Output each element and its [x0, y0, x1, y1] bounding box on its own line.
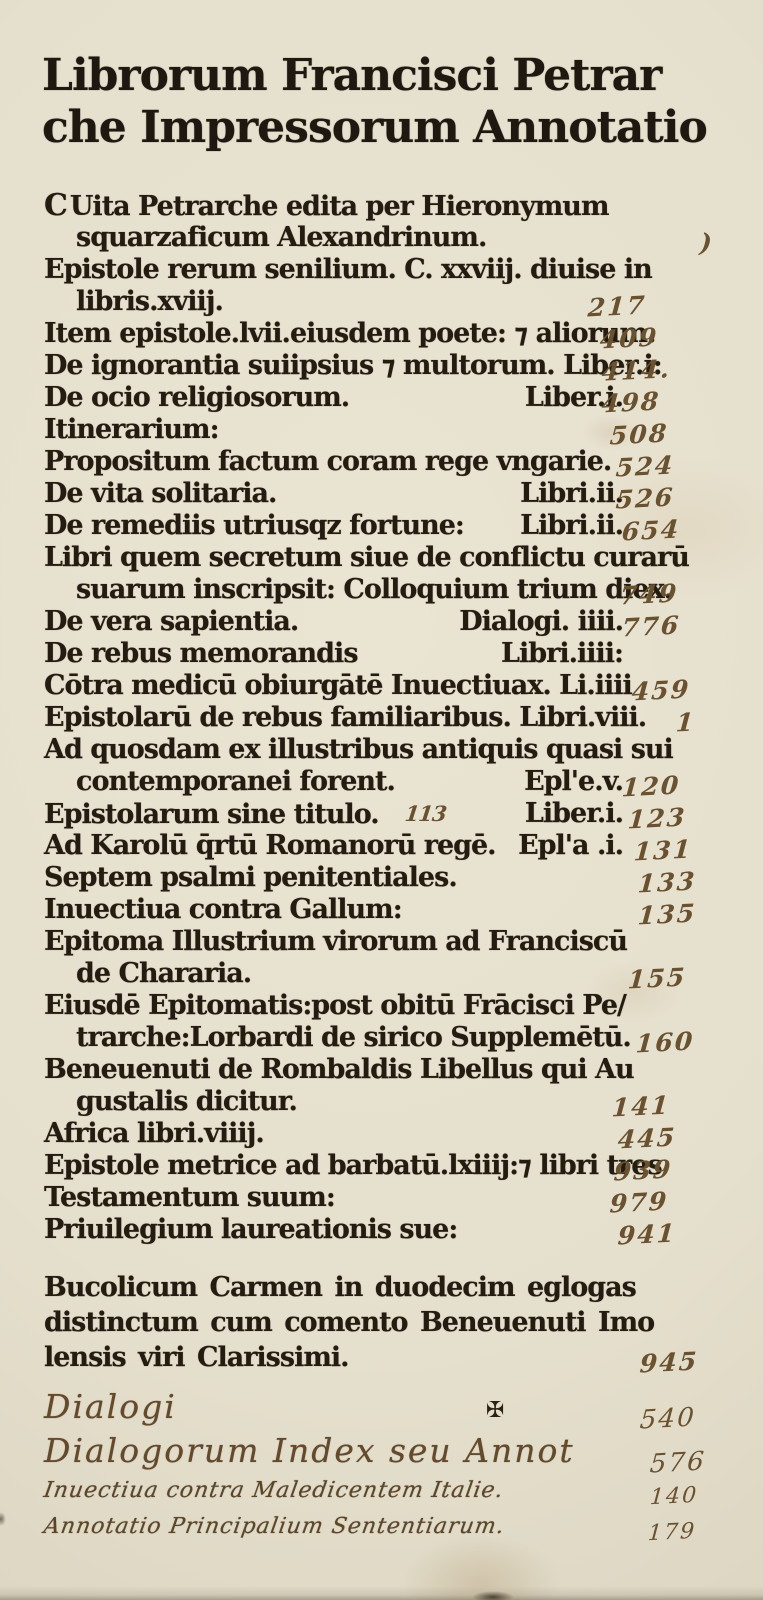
book-count-label: Epl'a .i. — [518, 830, 623, 862]
toc-line: Libri quem secretum siue de conflictu cu… — [44, 542, 763, 574]
page-title-line1: Librorum Francisci Petrar — [42, 50, 707, 102]
toc-line: De vera sapientia.Dialogi. iiii.776 — [44, 606, 763, 638]
work-title: contemporanei forent. — [44, 766, 395, 797]
work-title: Annotatio Principalium Sententiarum. — [41, 1509, 507, 1545]
toc-line: Epistolarū de rebus familiaribus. Libri.… — [44, 702, 763, 734]
work-title: libris.xviij. — [44, 286, 223, 317]
book-count-label: Libri.iiii: — [501, 638, 623, 670]
book-count-label: Epl'e.v. — [524, 766, 623, 798]
work-title: Bucolicum Carmen in duodecim eglogas — [44, 1272, 636, 1303]
book-count-label: Libri.ii. — [520, 510, 623, 542]
book-page: Librorum Francisci Petrar che Impressoru… — [0, 0, 763, 1600]
toc-line: Item epistole.lvii.eiusdem poete: ⁊ alio… — [44, 318, 763, 350]
toc-line: Epistolarum sine titulo.113Liber.i.123 — [44, 798, 763, 830]
toc-line: Septem psalmi penitentiales.133 — [44, 862, 763, 894]
work-title: distinctum cum comento Beneuenuti Imo — [44, 1307, 654, 1338]
work-title: De remediis utriusqz fortune: — [44, 510, 464, 541]
work-title: Libri quem secretum siue de conflictu cu… — [44, 542, 689, 573]
work-title: Ad Karolū q̄rtū Romanorū regē. — [44, 830, 496, 861]
toc-line: Dialogorum Index seu Annot576 — [44, 1429, 763, 1473]
inline-annotation: 113 — [403, 798, 448, 830]
work-title: gustalis dicitur. — [44, 1086, 297, 1117]
work-title: Cōtra medicū obiurgātē Inuectiuax. Li.ii… — [44, 670, 632, 701]
toc-line: de Chararia.155 — [44, 958, 763, 990]
page-title-line2: che Impressorum Annotatio — [42, 102, 707, 154]
toc-line: contemporanei forent.Epl'e.v.120 — [44, 766, 763, 798]
capitulum-mark: C — [44, 188, 67, 223]
page-title: Librorum Francisci Petrar che Impressoru… — [42, 50, 707, 154]
toc-line: Ad quosdam ex illustribus antiquis quasi… — [44, 734, 763, 766]
work-title: squarzaficum Alexandrinum. — [44, 222, 486, 253]
toc-line: Dialogi540 — [44, 1385, 763, 1429]
toc-line: Ad Karolū q̄rtū Romanorū regē.Epl'a .i.1… — [44, 830, 763, 862]
toc-line: squarzaficum Alexandrinum.) — [44, 222, 763, 254]
work-title: Epistolarum sine titulo. — [44, 799, 379, 830]
work-title: Inuectiua contra Maledicentem Italie. — [41, 1473, 506, 1509]
work-title: trarche:Lorbardi de sirico Supplemētū. — [44, 1022, 631, 1053]
work-title: De rebus memorandis — [44, 638, 358, 669]
work-title: CUita Petrarche edita per Hieronymum — [44, 191, 609, 222]
work-title: Testamentum suum: — [44, 1182, 335, 1213]
work-title: Inuectiua contra Gallum: — [44, 894, 402, 925]
toc-line: suarum inscripsit: Colloquium trium diex… — [44, 574, 763, 606]
toc-line: Epitoma Illustrium virorum ad Franciscū — [44, 926, 763, 958]
toc-line: De vita solitaria.Libri.ii.526 — [44, 478, 763, 510]
toc-line: Beneuenuti de Rombaldis Libellus qui Au — [44, 1054, 763, 1086]
toc-line: Priuilegium laureationis sue:941 — [44, 1214, 763, 1246]
bottom-edge-stain — [472, 1591, 514, 1600]
work-title: De ocio religiosorum. — [44, 382, 349, 413]
toc-line: Epistole rerum senilium. C. xxviij. diui… — [44, 254, 763, 286]
work-title: Dialogorum Index seu Annot — [44, 1431, 575, 1470]
folio-number: 179 — [647, 1514, 698, 1552]
work-title: De vita solitaria. — [44, 478, 276, 509]
toc-line: Bucolicum Carmen in duodecim eglogas — [44, 1270, 763, 1305]
work-title: lensis viri Clarissimi. — [44, 1342, 349, 1373]
work-title: Itinerarium: — [44, 414, 219, 445]
toc-line: De rebus memorandisLibri.iiii: — [44, 638, 763, 670]
toc-line: Itinerarium:508 — [44, 414, 763, 446]
toc-line: distinctum cum comento Beneuenuti Imo — [44, 1305, 763, 1340]
toc-line: Africa libri.viiij.445 — [44, 1118, 763, 1150]
toc-line: De ocio religiosorum.Liber.i.498 — [44, 382, 763, 414]
work-title: Item epistole.lvii.eiusdem poete: ⁊ alio… — [44, 318, 655, 349]
toc-line: De ignorantia suiipsius ⁊ multorum. Libe… — [44, 350, 763, 382]
work-title: De vera sapientia. — [44, 606, 298, 637]
work-title: Dialogi — [44, 1387, 177, 1426]
book-count-label: Liber.i. — [525, 798, 623, 830]
work-title: Priuilegium laureationis sue: — [44, 1214, 457, 1245]
work-title: Propositum factum coram rege vngarie. — [44, 446, 611, 477]
toc-line: Inuectiua contra Maledicentem Italie.140 — [44, 1473, 763, 1509]
toc-line: Annotatio Principalium Sententiarum.179 — [44, 1509, 763, 1545]
folio-number: 945 — [639, 1344, 700, 1382]
work-title: Septem psalmi penitentiales. — [44, 862, 457, 893]
toc-line: Inuectiua contra Gallum:135 — [44, 894, 763, 926]
toc-line: De remediis utriusqz fortune:Libri.ii.65… — [44, 510, 763, 542]
toc-line: trarche:Lorbardi de sirico Supplemētū.16… — [44, 1022, 763, 1054]
toc-line: lensis viri Clarissimi.945 — [44, 1340, 763, 1375]
work-title: de Chararia. — [44, 958, 251, 989]
toc-line: Eiusdē Epitomatis:post obitū Frācisci Pe… — [44, 990, 763, 1022]
work-title: Epistolarū de rebus familiaribus. Libri.… — [44, 702, 646, 733]
work-title: De ignorantia suiipsius ⁊ multorum. Libe… — [44, 350, 662, 381]
toc-line: gustalis dicitur.141 — [44, 1086, 763, 1118]
work-title: Epistole metrice ad barbatū.lxiiij:⁊ lib… — [44, 1150, 662, 1181]
book-count-label: Dialogi. iiii. — [459, 606, 623, 638]
work-title: Ad quosdam ex illustribus antiquis quasi… — [44, 734, 673, 765]
toc-line: CUita Petrarche edita per Hieronymum — [44, 190, 763, 222]
cross-mark: ✠ — [486, 1398, 504, 1423]
toc-line: Epistole metrice ad barbatū.lxiiij:⁊ lib… — [44, 1150, 763, 1182]
book-count-label: Libri.ii. — [520, 478, 623, 510]
folio-number: 941 — [617, 1217, 678, 1252]
toc-line: libris.xviij.217 — [44, 286, 763, 318]
left-edge-mark — [0, 1512, 6, 1526]
toc-line: Propositum factum coram rege vngarie.524 — [44, 446, 763, 478]
toc-line: Cōtra medicū obiurgātē Inuectiuax. Li.ii… — [44, 670, 763, 702]
toc-line: Testamentum suum:979 — [44, 1182, 763, 1214]
work-title: Epitoma Illustrium virorum ad Franciscū — [44, 926, 627, 957]
work-title: Beneuenuti de Rombaldis Libellus qui Au — [44, 1054, 634, 1085]
work-title: suarum inscripsit: Colloquium trium diex… — [44, 574, 672, 605]
work-title: Epistole rerum senilium. C. xxviij. diui… — [44, 254, 652, 285]
table-of-contents: CUita Petrarche edita per Hieronymumsqua… — [44, 190, 763, 1545]
work-title: Eiusdē Epitomatis:post obitū Frācisci Pe… — [44, 990, 626, 1021]
work-title: Africa libri.viiij. — [44, 1118, 264, 1149]
